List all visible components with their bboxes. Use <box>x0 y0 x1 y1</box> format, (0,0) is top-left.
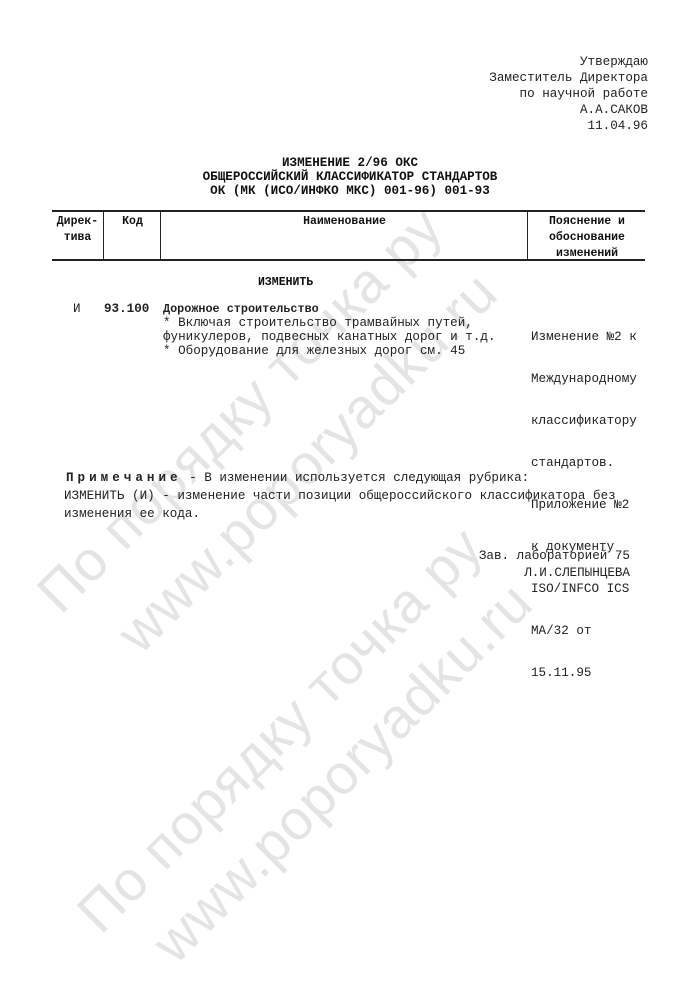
table-header: Дирек- тива Код Наименование Пояснение и… <box>52 210 645 261</box>
signature-name: Л.И.СЛЕПЫНЦЕВА <box>479 565 630 582</box>
header-name: Наименование <box>160 212 528 259</box>
header-label: Наименование <box>161 212 528 230</box>
note-text: - В изменении используется следующая руб… <box>182 471 530 485</box>
header-label: тива <box>52 230 103 246</box>
document-page: Утверждаю Заместитель Директора по научн… <box>0 0 700 990</box>
explanation-line: стандартов. <box>531 456 651 470</box>
explanation-line: ISO/INFCO ICS <box>531 582 651 596</box>
header-label: Пояснение и <box>528 212 646 230</box>
row-detail: * Включая строительство трамвайных путей… <box>163 316 523 330</box>
title-line: ИЗМЕНЕНИЕ 2/96 ОКС <box>0 156 700 170</box>
signature-block: Зав. лабораторией 75 Л.И.СЛЕПЫНЦЕВА <box>479 548 630 582</box>
header-label: изменений <box>528 246 646 262</box>
header-directive: Дирек- тива <box>52 212 103 259</box>
header-explanation: Пояснение и обоснование изменений <box>527 212 646 259</box>
header-label: Код <box>104 212 161 230</box>
explanation-line: MA/32 от <box>531 624 651 638</box>
explanation-line: Изменение №2 к <box>531 330 651 344</box>
row-code: 93.100 <box>104 302 149 316</box>
header-label: Дирек- <box>52 212 103 230</box>
explanation-line: классификатору <box>531 414 651 428</box>
note-block: Примечание - В изменении используется сл… <box>66 469 666 523</box>
explanation-line: Международному <box>531 372 651 386</box>
signature-title: Зав. лабораторией 75 <box>479 548 630 565</box>
title-line: ОБЩЕРОССИЙСКИЙ КЛАССИФИКАТОР СТАНДАРТОВ <box>0 170 700 184</box>
header-label: обоснование <box>528 230 646 246</box>
approval-line: Заместитель Директора <box>489 70 648 86</box>
explanation-line: 15.11.95 <box>531 666 651 680</box>
row-detail: фуникулеров, подвесных канатных дорог и … <box>163 330 523 344</box>
title-line: ОК (МК (ИСО/ИНФКО МКС) 001-96) 001-93 <box>0 184 700 198</box>
approval-line: по научной работе <box>489 86 648 102</box>
approval-date: 11.04.96 <box>489 118 648 134</box>
row-directive: И <box>73 302 81 316</box>
row-name: Дорожное строительство <box>163 302 523 316</box>
header-code: Код <box>103 212 161 259</box>
approval-block: Утверждаю Заместитель Директора по научн… <box>489 54 648 134</box>
note-label: Примечание <box>66 471 182 485</box>
row-detail: * Оборудование для железных дорог см. 45 <box>163 344 523 358</box>
approval-line: Утверждаю <box>489 54 648 70</box>
note-line: ИЗМЕНИТЬ (И) - изменение части позиции о… <box>64 487 666 505</box>
row-name-cell: Дорожное строительство * Включая строите… <box>163 302 523 358</box>
document-title: ИЗМЕНЕНИЕ 2/96 ОКС ОБЩЕРОССИЙСКИЙ КЛАССИ… <box>0 156 700 198</box>
note-line: изменения ее кода. <box>64 505 666 523</box>
section-heading: ИЗМЕНИТЬ <box>258 276 313 289</box>
approver-name: А.А.САКОВ <box>489 102 648 118</box>
note-line: Примечание - В изменении используется сл… <box>66 469 666 487</box>
